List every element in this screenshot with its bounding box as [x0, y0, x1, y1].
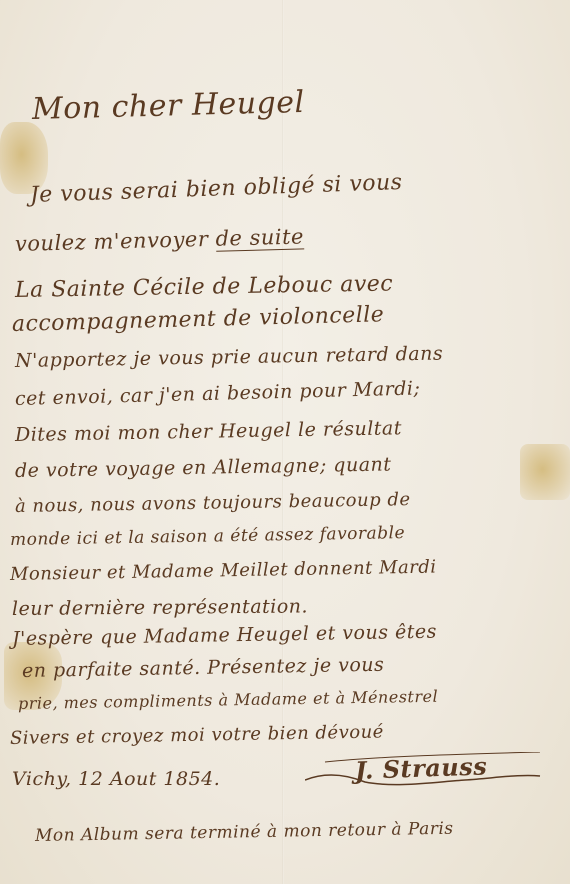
date-line: Vichy, 12 Aout 1854.: [12, 768, 220, 790]
body-line: Sivers et croyez moi votre bien dévoué: [10, 721, 384, 749]
body-line-text: voulez m'envoyer: [15, 227, 216, 256]
body-line: leur dernière représentation.: [12, 595, 308, 620]
body-line: accompagnement de violoncelle: [12, 302, 385, 337]
underlined-phrase: de suite: [215, 224, 304, 251]
body-line: J'espère que Madame Heugel et vous êtes: [12, 621, 437, 650]
body-line: N'apportez je vous prie aucun retard dan…: [15, 343, 444, 372]
body-line: Monsieur et Madame Meillet donnent Mardi: [10, 557, 437, 585]
signature-flourish: [305, 752, 545, 792]
body-line: prie, mes compliments à Madame et à Méne…: [18, 687, 438, 713]
body-line: monde ici et la saison a été assez favor…: [10, 523, 405, 550]
body-line: Je vous serai bien obligé si vous: [30, 170, 403, 208]
stain-right: [520, 444, 570, 500]
body-line: à nous, nous avons toujours beaucoup de: [15, 489, 411, 517]
body-line: cet envoi, car j'en ai besoin pour Mardi…: [15, 377, 421, 410]
body-line: en parfaite santé. Présentez je vous: [22, 654, 385, 682]
paper-fold: [282, 0, 284, 884]
body-line: La Sainte Cécile de Lebouc avec: [15, 271, 394, 303]
body-line: Dites moi mon cher Heugel le résultat: [15, 417, 402, 446]
letter-page: Mon cher Heugel Je vous serai bien oblig…: [0, 0, 570, 884]
salutation: Mon cher Heugel: [32, 85, 306, 127]
postscript: Mon Album sera terminé à mon retour à Pa…: [35, 819, 454, 846]
body-line: de votre voyage en Allemagne; quant: [15, 453, 392, 482]
body-line: voulez m'envoyer de suite: [15, 224, 305, 256]
